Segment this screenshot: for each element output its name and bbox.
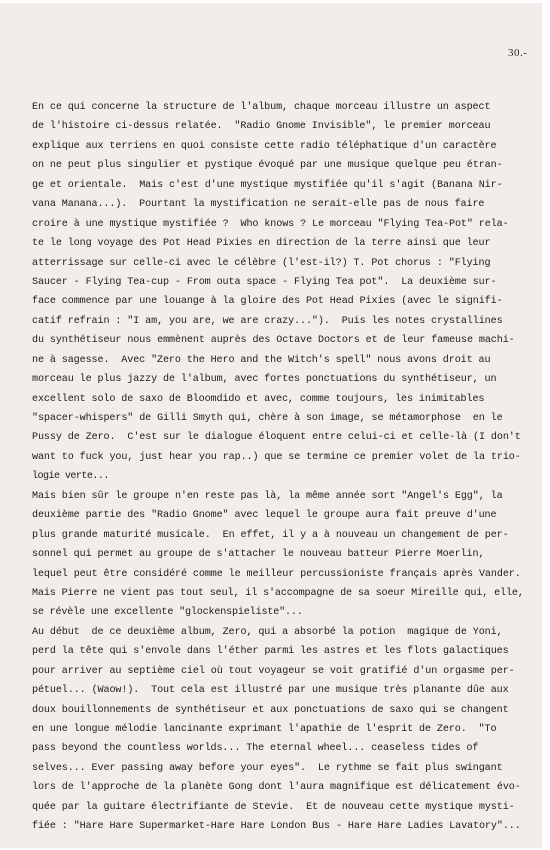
page-number: 30.- — [508, 47, 527, 59]
text-line: lors de l'approche de la planète Gong do… — [32, 778, 532, 797]
text-line: lequel peut être considéré comme le meil… — [32, 565, 532, 584]
text-line: Mais bien sûr le groupe n'en reste pas l… — [32, 487, 532, 506]
text-line: pour arriver au septième ciel où tout vo… — [32, 662, 532, 681]
body-text: En ce qui concerne la structure de l'alb… — [32, 98, 532, 837]
text-line: de l'histoire ci-dessus relatée. "Radio … — [32, 117, 532, 136]
text-line: Saucer - Flying Tea-cup - From outa spac… — [32, 273, 532, 292]
text-line: ge et orientale. Mais c'est d'une mystiq… — [32, 176, 532, 195]
text-line: du synthétiseur nous emmènent auprès des… — [32, 331, 532, 350]
text-line: vana Manana...). Pourtant la mystificati… — [32, 195, 532, 214]
text-line: catif refrain : "I am, you are, we are c… — [32, 312, 532, 331]
text-line: face commence par une louange à la gloir… — [32, 292, 532, 311]
text-line: logie verte... — [32, 467, 532, 486]
text-line: sonnel qui permet au groupe de s'attache… — [32, 545, 532, 564]
text-line: croire à une mystique mystifiée ? Who kn… — [32, 215, 532, 234]
text-line: Pussy de Zero. C'est sur le dialogue élo… — [32, 428, 532, 447]
text-line: "spacer-whispers" de Gilli Smyth qui, ch… — [32, 409, 532, 428]
text-line: deuxième partie des "Radio Gnome" avec l… — [32, 506, 532, 525]
text-line: fiée : "Hare Hare Supermarket-Hare Hare … — [32, 817, 532, 836]
text-line: pass beyond the countless worlds... The … — [32, 739, 532, 758]
typewritten-page: 30.- En ce qui concerne la structure de … — [0, 3, 542, 848]
text-line: plus grande maturité musicale. En effet,… — [32, 526, 532, 545]
text-line: atterrissage sur celle-ci avec le célèbr… — [32, 254, 532, 273]
text-line: En ce qui concerne la structure de l'alb… — [32, 98, 532, 117]
text-line: perd la tête qui s'envole dans l'éther p… — [32, 642, 532, 661]
text-line: doux bouillonnements de synthétiseur et … — [32, 701, 532, 720]
text-line: pétuel... (Waow!). Tout cela est illustr… — [32, 681, 532, 700]
text-line: Au début de ce deuxième album, Zero, qui… — [32, 623, 532, 642]
text-line: selves... Ever passing away before your … — [32, 759, 532, 778]
text-line: want to fuck you, just hear you rap..) q… — [32, 448, 532, 467]
text-line: te le long voyage des Pot Head Pixies en… — [32, 234, 532, 253]
text-line: Mais Pierre ne vient pas tout seul, il s… — [32, 584, 532, 603]
text-line: explique aux terriens en quoi consiste c… — [32, 137, 532, 156]
text-line: quée par la guitare électrifiante de Ste… — [32, 798, 532, 817]
text-line: ne à sagesse. Avec "Zero the Hero and th… — [32, 351, 532, 370]
text-line: excellent solo de saxo de Bloomdido et a… — [32, 390, 532, 409]
text-line: morceau le plus jazzy de l'album, avec f… — [32, 370, 532, 389]
text-line: en une longue mélodie lancinante exprima… — [32, 720, 532, 739]
text-line: on ne peut plus singulier et pystique év… — [32, 156, 532, 175]
text-line: se révèle une excellente "glockenspielis… — [32, 603, 532, 622]
